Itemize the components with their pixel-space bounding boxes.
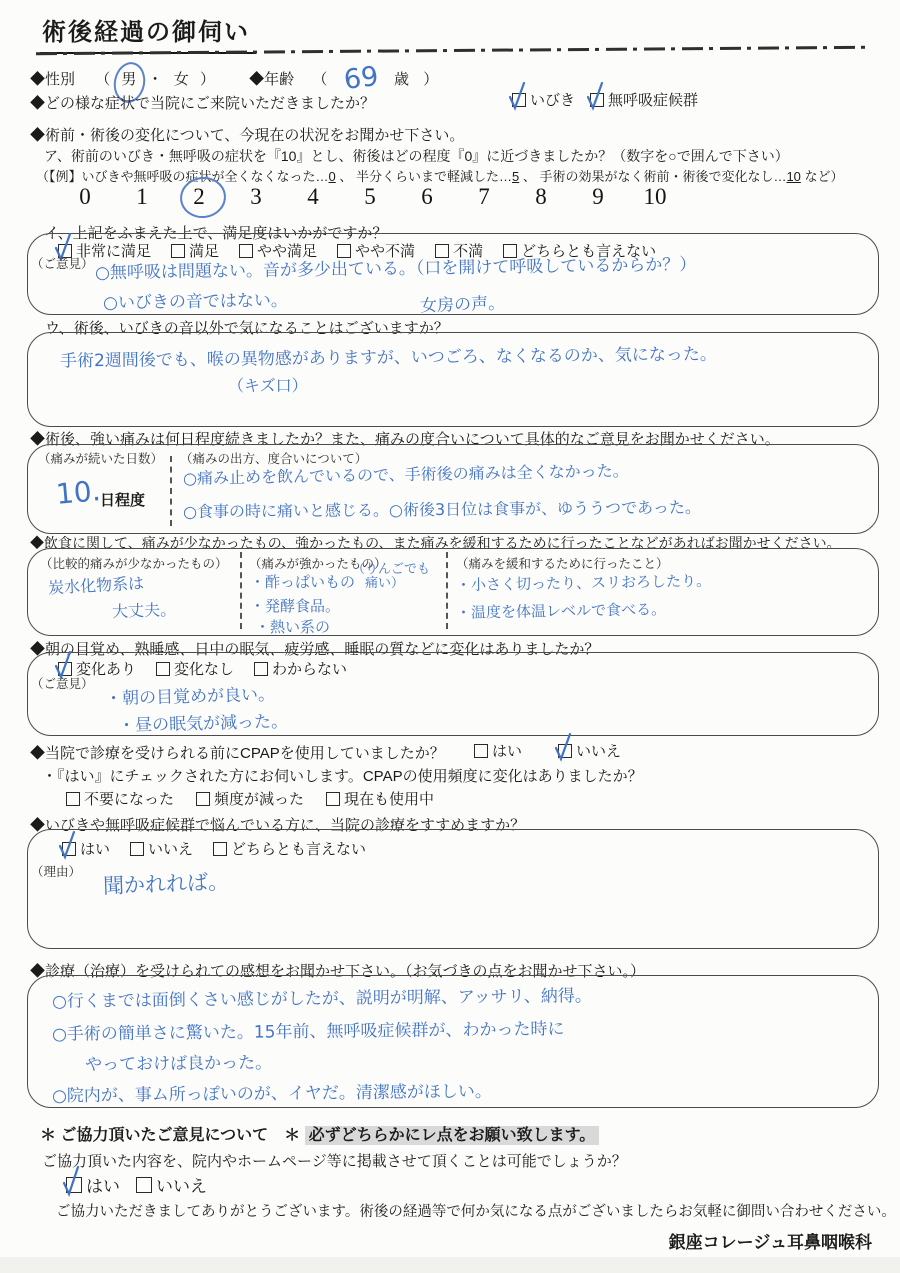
example-segment: 、 半分くらいまで軽減した… — [336, 169, 512, 184]
eating-col2-item1: ・酢っぱいもの — [250, 571, 355, 592]
option-label: いいえ — [156, 1172, 207, 1197]
sleep-handwriting-line2: ・昼の眠気が減った。 — [118, 707, 289, 736]
profile-row: ◆性別 （ 男 ・ 女 ） ◆年齢 （ 69 歳 ） — [30, 60, 438, 91]
option-label: 変化なし — [174, 658, 234, 679]
cooperation-note-highlight: 必ずどちらかにレ点をお願い致します。 — [305, 1126, 600, 1145]
eating-col2-item2: ・発酵食品。 — [250, 595, 340, 616]
page-title: 術後経過の御伺い — [40, 12, 256, 54]
paren: ） — [423, 71, 438, 88]
option-label: わからない — [272, 658, 347, 679]
sleep-handwriting-line1: ・朝の目覚めが良い。 — [105, 680, 276, 709]
option-label: 現在も使用中 — [344, 788, 434, 809]
example-segment: （【例】いびきや無呼吸の症状が全くなくなった… — [36, 169, 329, 184]
paren: （ — [312, 71, 327, 88]
checkbox[interactable] — [130, 842, 144, 856]
sex-option-male: 男 — [121, 71, 140, 88]
eating-divider-2 — [446, 552, 448, 629]
option-label: いいえ — [576, 740, 621, 761]
eating-col3-label: （痛みを緩和するために行ったこと） — [456, 554, 669, 572]
checkbox-mukokyu[interactable]: 無呼吸症候群 — [590, 89, 698, 110]
scale-1[interactable]: 1 — [127, 184, 157, 210]
eating-col1-label: （比較的痛みが少なかったもの） — [40, 554, 228, 572]
checkbox[interactable] — [136, 1177, 152, 1193]
checkbox-recommend-no[interactable]: いいえ — [130, 838, 193, 859]
checkbox-no-longer-needed[interactable]: 不要になった — [66, 788, 174, 809]
checkbox-cpap-yes[interactable]: はい — [474, 740, 522, 761]
paren: ） — [200, 71, 215, 88]
scale-9[interactable]: 9 — [583, 184, 613, 210]
change-example: （【例】いびきや無呼吸の症状が全くなくなった…0 、 半分くらいまで軽減した…5… — [36, 166, 844, 185]
opinion-handwriting-line2: ○いびきの音ではない。 — [103, 286, 288, 314]
pain-days-value-handwritten: 10. — [55, 474, 102, 511]
checkbox-still-using[interactable]: 現在も使用中 — [326, 788, 434, 809]
scale-4[interactable]: 4 — [298, 184, 328, 210]
publish-options: はい いいえ — [66, 1172, 207, 1197]
checkbox-recommend-yes[interactable]: はい — [62, 838, 110, 859]
sleep-opinion-label: （ご意見） — [31, 674, 94, 692]
eating-col3-line2: ・温度を体温レベルで食べる。 — [456, 598, 666, 623]
scale-3[interactable]: 3 — [241, 184, 271, 210]
option-label: 不要になった — [84, 788, 174, 809]
option-label: いびき — [530, 89, 575, 110]
reason-label: （理由） — [31, 862, 81, 880]
publish-question: ご協力頂いた内容を、院内やホームページ等に掲載させて頂くことは可能でしょうか？ — [42, 1150, 627, 1171]
scanned-questionnaire-page: 術後経過の御伺い ◆性別 （ 男 ・ 女 ） ◆年齢 （ 69 歳 ） ◆どの様… — [0, 0, 900, 1273]
cpap-question2: ・『はい』にチェックされた方にお伺いします。CPAPの使用頻度に変化はありました… — [42, 765, 643, 786]
checkbox[interactable] — [66, 792, 80, 806]
opinion-label: （ご意見） — [31, 254, 94, 272]
female-label: 女 — [174, 71, 189, 88]
checkbox[interactable] — [62, 842, 76, 856]
rating-scale: 0 1 2 3 4 5 6 7 8 9 10 — [70, 184, 670, 210]
paren: （ — [95, 71, 110, 88]
checkbox-no-change[interactable]: 変化なし — [156, 658, 234, 679]
checkbox-frequency-decreased[interactable]: 頻度が減った — [196, 788, 304, 809]
check-icon — [585, 80, 605, 112]
scale-5[interactable]: 5 — [355, 184, 385, 210]
pain-column-divider — [170, 456, 172, 526]
check-icon — [61, 1164, 81, 1198]
age-unit: 歳 — [394, 71, 409, 88]
example-segment: 、 手術の効果がなく術前・術後で変化なし… — [519, 169, 786, 184]
checkbox-publish-yes[interactable]: はい — [66, 1172, 120, 1197]
checkbox[interactable] — [213, 842, 227, 856]
checkbox-ibiki[interactable]: いびき — [512, 89, 575, 110]
checkbox-recommend-neither[interactable]: どちらとも言えない — [213, 838, 366, 859]
example-value: 10 — [786, 169, 800, 184]
impressions-line3: やっておけば良かった。 — [85, 1048, 272, 1075]
checkbox[interactable] — [558, 744, 572, 758]
scan-edge-strip — [0, 1257, 900, 1273]
checkbox-publish-no[interactable]: いいえ — [136, 1172, 207, 1197]
checkbox[interactable] — [66, 1177, 82, 1193]
scale-8[interactable]: 8 — [526, 184, 556, 210]
change-heading: ◆術前・術後の変化について、今現在の状況をお聞かせ下さい。 — [30, 124, 464, 145]
scale-7[interactable]: 7 — [469, 184, 499, 210]
checkbox[interactable] — [590, 93, 604, 107]
scale-6[interactable]: 6 — [412, 184, 442, 210]
symptoms-question: ◆どの様な症状で当院にご来院いただきましたか？ — [30, 92, 375, 113]
impressions-line4: ○院内が、事ム所っぽいのが、イヤだ。清潔感がほしい。 — [52, 1077, 492, 1107]
eating-divider-1 — [240, 552, 242, 629]
question-c-handwriting-line2: （キズ口） — [228, 373, 308, 396]
option-label: いいえ — [148, 838, 193, 859]
checkbox[interactable] — [254, 662, 268, 676]
opinion-handwriting-line2b: 女房の声。 — [420, 289, 506, 317]
checkbox-dont-know[interactable]: わからない — [254, 658, 347, 679]
pain-days-unit: 日程度 — [100, 489, 145, 510]
option-label: どちらとも言えない — [231, 838, 366, 859]
eating-col3-line1: ・小さく切ったり、スリおろしたり。 — [456, 570, 711, 595]
check-icon — [57, 829, 77, 861]
eating-col2-item3: ・熱い系の — [255, 616, 330, 637]
option-label: はい — [80, 838, 110, 859]
age-value-handwritten: 69 — [342, 61, 380, 96]
thanks-note: ご協力いただきましてありがとうございます。術後の経過等で何か気になる点がございま… — [56, 1200, 896, 1221]
bracket-line1: （りんごでも — [352, 563, 430, 577]
option-label: はい — [86, 1172, 120, 1197]
sleep-options: 変化あり 変化なし わからない — [58, 658, 347, 679]
bracket-line2: 痛い） — [352, 577, 430, 591]
checkbox[interactable] — [156, 662, 170, 676]
example-value: 0 — [329, 169, 336, 184]
pain-note-line2: ○食事の時に痛いと感じる。○術後3日位は食事が、ゆううつであった。 — [183, 495, 701, 523]
option-label: はい — [492, 740, 522, 761]
option-label: 頻度が減った — [214, 788, 304, 809]
checkbox[interactable] — [326, 792, 340, 806]
check-icon — [553, 731, 573, 763]
checkbox-cpap-no[interactable]: いいえ — [558, 740, 621, 761]
cpap-q2-options: 不要になった 頻度が減った 現在も使用中 — [66, 788, 434, 809]
eating-col1-line2: 大丈夫。 — [112, 597, 177, 622]
check-icon — [507, 80, 527, 112]
scale-0[interactable]: 0 — [70, 184, 100, 210]
age-label: ◆年齢 — [249, 71, 294, 88]
reason-handwriting: 聞かれれば。 — [103, 866, 230, 900]
sex-label: ◆性別 — [30, 71, 75, 88]
scale-10[interactable]: 10 — [640, 184, 670, 210]
cooperation-note-prefix: ＊ ご協力頂いたご意見について ＊ — [40, 1127, 305, 1144]
cooperation-note: ＊ ご協力頂いたご意見について ＊ 必ずどちらかにレ点をお願い致します。 — [40, 1122, 599, 1145]
eating-col2-bracket: （りんごでも 痛い） — [352, 563, 430, 591]
symptoms-options: いびき 無呼吸症候群 — [512, 89, 698, 110]
pain-days-label: （痛みが続いた日数） — [38, 449, 163, 467]
separator-dot: ・ — [148, 71, 163, 88]
recommend-options: はい いいえ どちらとも言えない — [62, 838, 366, 859]
cpap-question1: ◆当院で診療を受けられる前にCPAPを使用していましたか？ — [30, 742, 445, 763]
checkbox[interactable] — [474, 744, 488, 758]
cpap-q1-options: はい いいえ — [474, 740, 621, 761]
option-label: 無呼吸症候群 — [608, 89, 698, 110]
checkbox[interactable] — [196, 792, 210, 806]
clinic-name: 銀座コレージュ耳鼻咽喉科 — [600, 1228, 872, 1253]
checkbox[interactable] — [171, 244, 185, 258]
example-segment: など） — [801, 169, 844, 184]
change-question-a: ア、術前のいびき・無呼吸の症状を『10』とし、術後はどの程度『0』に近づきました… — [44, 146, 789, 166]
checkbox[interactable] — [512, 93, 526, 107]
